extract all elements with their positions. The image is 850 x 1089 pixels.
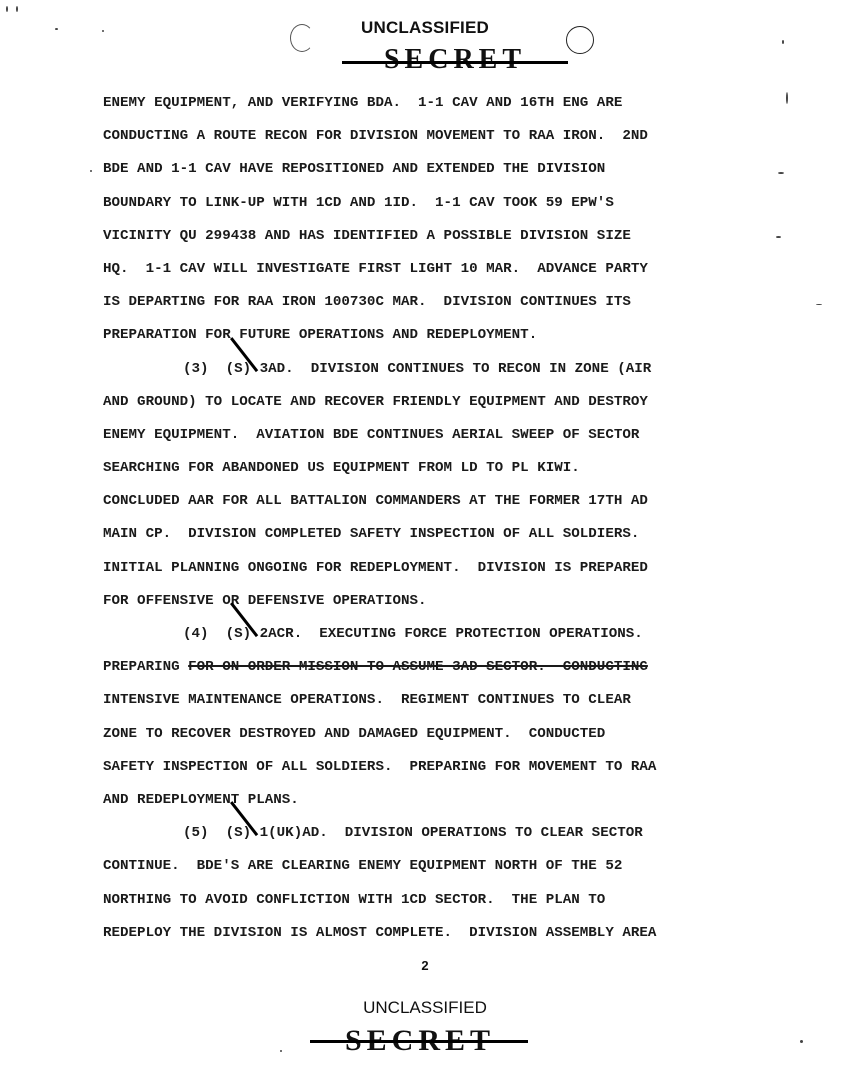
paragraph-number: (5) xyxy=(183,823,209,843)
scan-speck xyxy=(16,6,18,12)
text-line: HQ. 1-1 CAV WILL INVESTIGATE FIRST LIGHT… xyxy=(103,259,783,292)
scan-speck xyxy=(90,170,92,172)
scan-speck xyxy=(782,40,784,44)
paragraph-3-heading: (3) (S) 3AD. DIVISION CONTINUES TO RECON… xyxy=(103,359,783,392)
text-line: ZONE TO RECOVER DESTROYED AND DAMAGED EQ… xyxy=(103,724,783,757)
portion-marking: (S) xyxy=(226,359,252,379)
text-line: ENEMY EQUIPMENT. AVIATION BDE CONTINUES … xyxy=(103,425,783,458)
text-line: NORTHING TO AVOID CONFLICTION WITH 1CD S… xyxy=(103,890,783,923)
scan-speck xyxy=(786,92,788,104)
text-line: INITIAL PLANNING ONGOING FOR REDEPLOYMEN… xyxy=(103,558,783,591)
text-line: ENEMY EQUIPMENT, AND VERIFYING BDA. 1-1 … xyxy=(103,93,783,126)
portion-marking-text: (S) xyxy=(226,626,252,642)
text-line: BOUNDARY TO LINK-UP WITH 1CD AND 1ID. 1-… xyxy=(103,193,783,226)
text-line: AND REDEPLOYMENT PLANS. xyxy=(103,790,783,823)
portion-marking-text: (S) xyxy=(226,825,252,841)
paragraph-number: (3) xyxy=(183,359,209,379)
paragraph-4-heading: (4) (S) 2ACR. EXECUTING FORCE PROTECTION… xyxy=(103,624,783,657)
portion-marking: (S) xyxy=(226,624,252,644)
text-line: IS DEPARTING FOR RAA IRON 100730C MAR. D… xyxy=(103,292,783,325)
text-line: SEARCHING FOR ABANDONED US EQUIPMENT FRO… xyxy=(103,458,783,491)
strike-line-top xyxy=(342,61,568,64)
paragraph-number: (4) xyxy=(183,624,209,644)
scan-speck xyxy=(800,1040,803,1043)
strike-line-bottom xyxy=(310,1040,528,1043)
scan-speck xyxy=(280,1050,282,1052)
paragraph-3-first-line: 3AD. DIVISION CONTINUES TO RECON IN ZONE… xyxy=(260,361,652,377)
text-line: PREPARATION FOR FUTURE OPERATIONS AND RE… xyxy=(103,325,783,358)
document-body: ENEMY EQUIPMENT, AND VERIFYING BDA. 1-1 … xyxy=(103,93,783,956)
scan-speck xyxy=(55,28,58,30)
scan-speck xyxy=(6,6,8,12)
classification-marking-bottom: UNCLASSIFIED xyxy=(0,998,850,1018)
text-line: CONTINUE. BDE'S ARE CLEARING ENEMY EQUIP… xyxy=(103,856,783,889)
text-line: CONDUCTING A ROUTE RECON FOR DIVISION MO… xyxy=(103,126,783,159)
struck-line-text: FOR ON ORDER MISSION TO ASSUME 3AD SECTO… xyxy=(188,659,648,675)
classification-marking-top: UNCLASSIFIED xyxy=(0,18,850,38)
portion-marking-text: (S) xyxy=(226,361,252,377)
portion-marking: (S) xyxy=(226,823,252,843)
text-line: REDEPLOY THE DIVISION IS ALMOST COMPLETE… xyxy=(103,923,783,956)
text-line: FOR OFFENSIVE OR DEFENSIVE OPERATIONS. xyxy=(103,591,783,624)
text-line: INTENSIVE MAINTENANCE OPERATIONS. REGIME… xyxy=(103,690,783,723)
paragraph-5-heading: (5) (S) 1(UK)AD. DIVISION OPERATIONS TO … xyxy=(103,823,783,856)
paragraph-4-first-line: 2ACR. EXECUTING FORCE PROTECTION OPERATI… xyxy=(260,626,643,642)
struck-secret-text-top: SECRET xyxy=(340,44,570,76)
struck-text-line: PREPARING FOR ON ORDER MISSION TO ASSUME… xyxy=(103,657,783,690)
page-number: 2 xyxy=(0,958,850,973)
struck-line-prefix: PREPARING xyxy=(103,659,188,675)
text-line: SAFETY INSPECTION OF ALL SOLDIERS. PREPA… xyxy=(103,757,783,790)
text-line: AND GROUND) TO LOCATE AND RECOVER FRIEND… xyxy=(103,392,783,425)
text-line: MAIN CP. DIVISION COMPLETED SAFETY INSPE… xyxy=(103,524,783,557)
struck-classification-bottom: SECRET xyxy=(310,1020,530,1062)
scan-speck xyxy=(816,304,822,305)
paragraph-5-first-line: 1(UK)AD. DIVISION OPERATIONS TO CLEAR SE… xyxy=(260,825,643,841)
struck-classification-top: SECRET xyxy=(340,44,570,80)
text-line: CONCLUDED AAR FOR ALL BATTALION COMMANDE… xyxy=(103,491,783,524)
text-line: VICINITY QU 299438 AND HAS IDENTIFIED A … xyxy=(103,226,783,259)
scan-speck xyxy=(778,172,784,174)
scan-speck xyxy=(102,30,104,32)
text-line: BDE AND 1-1 CAV HAVE REPOSITIONED AND EX… xyxy=(103,159,783,192)
scan-speck xyxy=(776,236,781,238)
